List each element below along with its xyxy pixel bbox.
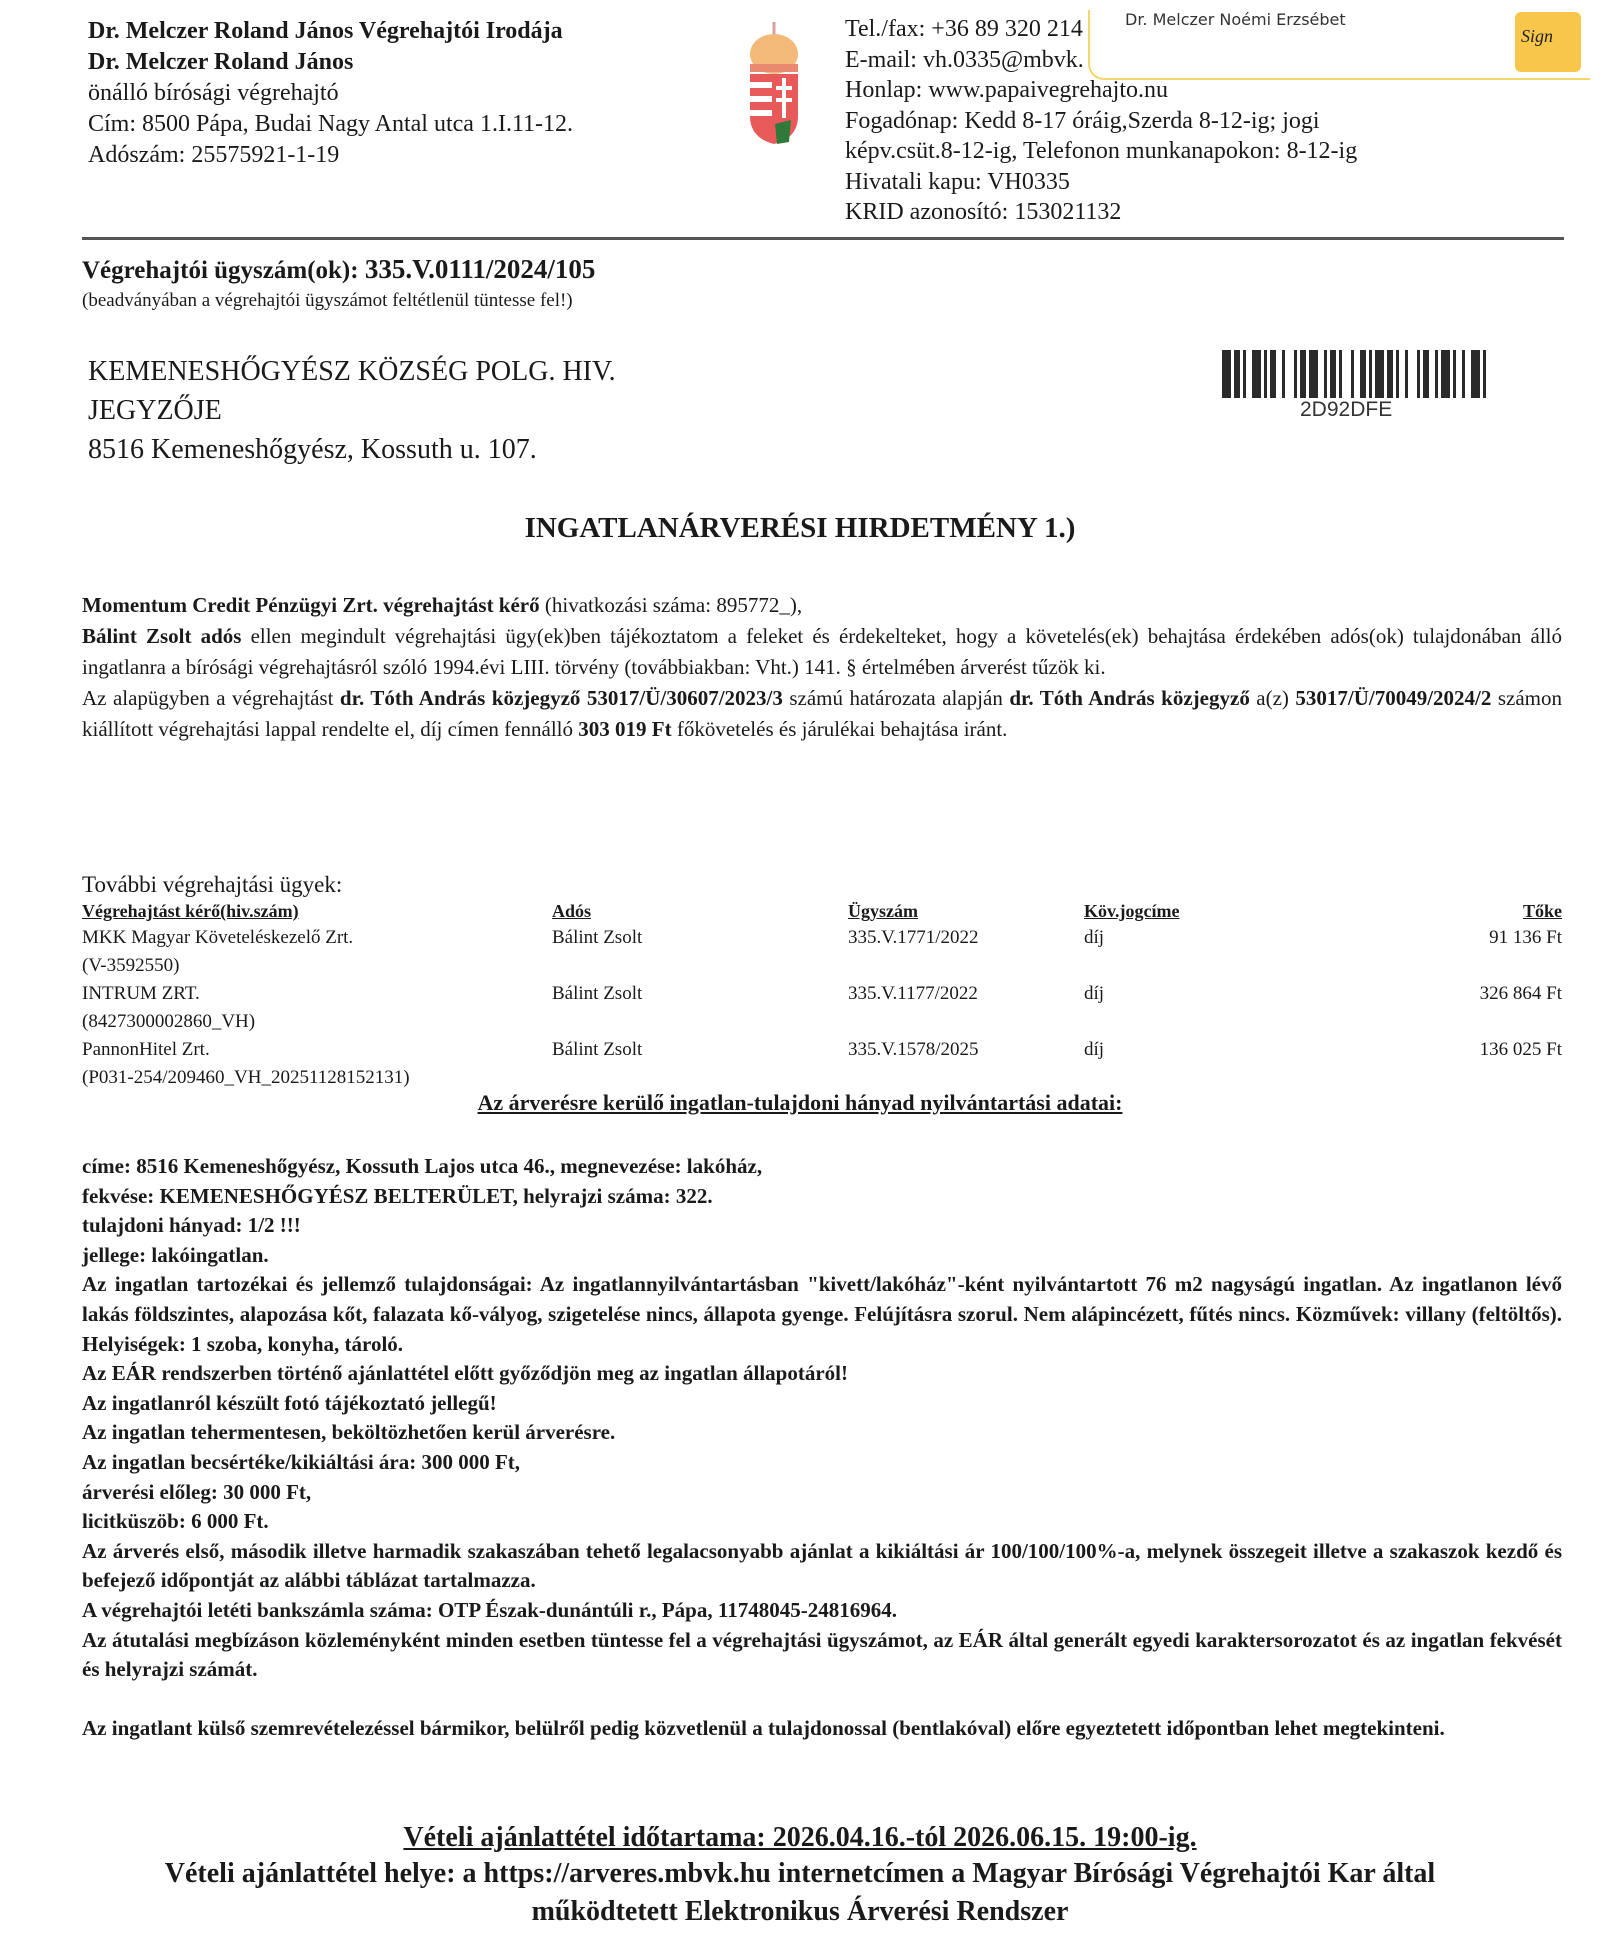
inspection-note: Az ingatlant külső szemrevételezéssel bá… (82, 1714, 1562, 1744)
cell-creditor-ref: (8427300002860_VH) (82, 1008, 848, 1036)
basis-amount: 303 019 Ft (578, 717, 671, 741)
office-header: Dr. Melczer Roland János Végrehajtói Iro… (88, 16, 573, 171)
bailiff-name: Dr. Melczer Roland János (88, 47, 573, 78)
case-number-label: Végrehajtói ügyszám(ok): (82, 257, 359, 284)
basis-enforcement-doc: 53017/Ü/70049/2024/2 (1295, 686, 1491, 710)
bidding-period: Vételi ajánlattétel időtartama: 2026.04.… (0, 1822, 1600, 1854)
addressee-line-1: KEMENESHŐGYÉSZ KÖZSÉG POLG. HIV. (88, 352, 616, 391)
basis-text-3: a(z) (1250, 686, 1296, 710)
further-cases-table: További végrehajtási ügyek: Végrehajtást… (82, 872, 1562, 1092)
property-line: Az EÁR rendszerben történő ajánlattétel … (82, 1359, 1562, 1389)
property-lines: címe: 8516 Kemeneshőgyész, Kossuth Lajos… (82, 1152, 1562, 1685)
creditor-ref: (hivatkozási száma: 895772_), (540, 593, 802, 617)
cell-case-no: 335.V.1578/2025 (848, 1036, 1084, 1064)
cell-creditor: MKK Magyar Követeléskezelő Zrt. (82, 924, 552, 952)
cell-debtor: Bálint Zsolt (552, 980, 848, 1008)
cell-creditor: INTRUM ZRT. (82, 980, 552, 1008)
property-line: A végrehajtói letéti bankszámla száma: O… (82, 1596, 1562, 1626)
cell-creditor: PannonHitel Zrt. (82, 1036, 552, 1064)
case-number-value: 335.V.0111/2024/105 (365, 254, 596, 284)
property-line: Az ingatlan tehermentesen, beköltözhetőe… (82, 1418, 1562, 1448)
cell-capital: 136 025 Ft (1384, 1036, 1562, 1064)
bailiff-role: önálló bírósági végrehajtó (88, 78, 573, 109)
bidding-place-line-1: Vételi ajánlattétel helye: a https://arv… (0, 1858, 1600, 1890)
property-line: jellege: lakóingatlan. (82, 1241, 1562, 1271)
header-divider (82, 237, 1564, 240)
office-hours-2: képv.csüt.8-12-ig, Telefonon munkanapoko… (845, 136, 1357, 167)
table-row-ref: (V-3592550) (82, 952, 1562, 980)
bidding-place-line-2: működtetett Elektronikus Árverési Rendsz… (0, 1896, 1600, 1928)
office-hours-1: Fogadónap: Kedd 8-17 óráig,Szerda 8-12-i… (845, 106, 1357, 137)
creditor-line: Momentum Credit Pénzügyi Zrt. végrehajtá… (82, 590, 1562, 621)
cell-debtor: Bálint Zsolt (552, 924, 848, 952)
property-line: Az ingatlan tartozékai és jellemző tulaj… (82, 1270, 1562, 1359)
col-claim-title: Köv.jogcíme (1084, 898, 1384, 924)
cell-claim-title: díj (1084, 924, 1384, 952)
hungarian-coat-of-arms-icon (745, 20, 803, 148)
table-row: INTRUM ZRT.Bálint Zsolt335.V.1177/2022dí… (82, 980, 1562, 1008)
property-line: árverési előleg: 30 000 Ft, (82, 1478, 1562, 1508)
cell-case-no: 335.V.1177/2022 (848, 980, 1084, 1008)
addressee-line-2: JEGYZŐJE (88, 391, 616, 430)
property-line: Az ingatlanról készült fotó tájékoztató … (82, 1389, 1562, 1419)
signature-stamp-icon: Sign (1515, 12, 1581, 72)
cell-capital: 91 136 Ft (1384, 924, 1562, 952)
cell-claim-title: díj (1084, 1036, 1384, 1064)
cell-creditor-ref: (P031-254/209460_VH_20251128152131) (82, 1064, 848, 1092)
official-gateway: Hivatali kapu: VH0335 (845, 167, 1357, 198)
basis-text-2: számú határozata alapján (783, 686, 1009, 710)
property-line: címe: 8516 Kemeneshőgyész, Kossuth Lajos… (82, 1152, 1562, 1182)
case-number-note: (beadványában a végrehajtói ügyszámot fe… (82, 290, 573, 312)
basis-text-1: Az alapügyben a végrehajtást (82, 686, 340, 710)
table-row-ref: (8427300002860_VH) (82, 1008, 1562, 1036)
property-line: fekvése: KEMENESHŐGYÉSZ BELTERÜLET, hely… (82, 1182, 1562, 1212)
property-line: licitküszöb: 6 000 Ft. (82, 1507, 1562, 1537)
col-creditor: Végrehajtást kérő(hiv.szám) (82, 898, 552, 924)
col-case-no: Ügyszám (848, 898, 1084, 924)
property-line: tulajdoni hányad: 1/2 !!! (82, 1211, 1562, 1241)
intro-paragraph: Momentum Credit Pénzügyi Zrt. végrehajtá… (82, 590, 1562, 745)
property-line: Az átutalási megbízáson közleményként mi… (82, 1626, 1562, 1685)
table-header: Végrehajtást kérő(hiv.szám) Adós Ügyszám… (82, 898, 1562, 924)
signature-stamp-text: Sign (1521, 26, 1553, 47)
creditor-name: Momentum Credit Pénzügyi Zrt. végrehajtá… (82, 593, 540, 617)
basis-notary: dr. Tóth András közjegyző (1009, 686, 1250, 710)
col-debtor: Adós (552, 898, 848, 924)
document-title: INGATLANÁRVERÉSI HIRDETMÉNY 1.) (0, 512, 1600, 545)
property-line: Az ingatlan becsértéke/kikiáltási ára: 3… (82, 1448, 1562, 1478)
barcode-icon (1222, 350, 1492, 398)
case-number: Végrehajtói ügyszám(ok): 335.V.0111/2024… (82, 254, 595, 285)
cell-debtor: Bálint Zsolt (552, 1036, 848, 1064)
barcode-id: 2D92DFE (1300, 398, 1392, 422)
basis-paragraph: Az alapügyben a végrehajtást dr. Tóth An… (82, 683, 1562, 745)
table-row-ref: (P031-254/209460_VH_20251128152131) (82, 1064, 1562, 1092)
addressee: KEMENESHŐGYÉSZ KÖZSÉG POLG. HIV. JEGYZŐJ… (88, 352, 616, 469)
cell-capital: 326 864 Ft (1384, 980, 1562, 1008)
basis-notary-decision: dr. Tóth András közjegyző 53017/Ü/30607/… (340, 686, 783, 710)
addressee-line-3: 8516 Kemeneshőgyész, Kossuth u. 107. (88, 430, 616, 469)
debtor-name: Bálint Zsolt adós (82, 624, 241, 648)
property-section-heading: Az árverésre kerülő ingatlan-tulajdoni h… (0, 1090, 1600, 1116)
property-details: címe: 8516 Kemeneshőgyész, Kossuth Lajos… (82, 1152, 1562, 1743)
office-address: Cím: 8500 Pápa, Budai Nagy Antal utca 1.… (88, 109, 573, 140)
krid-id: KRID azonosító: 153021132 (845, 197, 1357, 228)
cell-claim-title: díj (1084, 980, 1384, 1008)
office-name: Dr. Melczer Roland János Végrehajtói Iro… (88, 16, 573, 47)
basis-text-5: főkövetelés és járulékai behajtása iránt… (672, 717, 1008, 741)
debtor-text: ellen megindult végrehajtási ügy(ek)ben … (82, 624, 1562, 679)
cell-case-no: 335.V.1771/2022 (848, 924, 1084, 952)
debtor-paragraph: Bálint Zsolt adós ellen megindult végreh… (82, 621, 1562, 683)
table-row: MKK Magyar Követeléskezelő Zrt.Bálint Zs… (82, 924, 1562, 952)
property-line: Az árverés első, második illetve harmadi… (82, 1537, 1562, 1596)
table-row: PannonHitel Zrt.Bálint Zsolt335.V.1578/2… (82, 1036, 1562, 1064)
cell-creditor-ref: (V-3592550) (82, 952, 848, 980)
further-cases-caption: További végrehajtási ügyek: (82, 872, 1562, 898)
table-body: MKK Magyar Követeléskezelő Zrt.Bálint Zs… (82, 924, 1562, 1092)
col-capital: Tőke (1384, 898, 1562, 924)
tax-id: Adószám: 25575921-1-19 (88, 140, 573, 171)
signer-name: Dr. Melczer Noémi Erzsébet (1125, 10, 1346, 29)
